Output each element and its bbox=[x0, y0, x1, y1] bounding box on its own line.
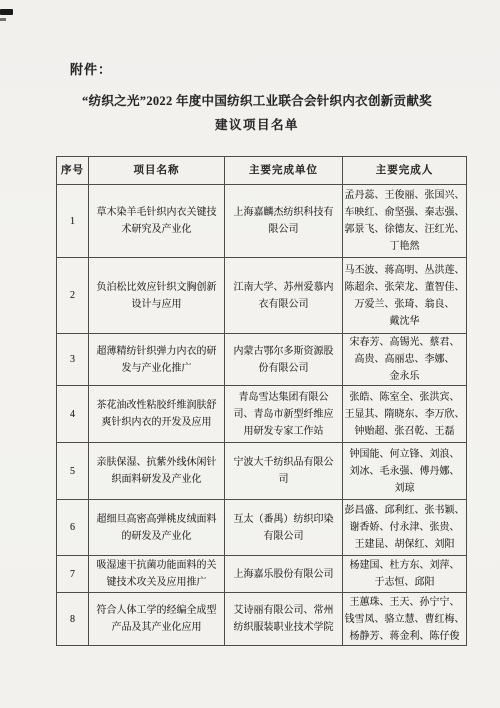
contributor-name: 李万欣、 bbox=[425, 406, 465, 423]
contributors-cell: 孟丹蕊、王俊丽、张国兴、车映红、俞坚强、秦志强、郭景飞、徐德友、汪红光、丁艳然 bbox=[343, 185, 467, 258]
project-name-cell: 亲肤保湿、抗紫外线休闲针织面料研发及产业化 bbox=[89, 443, 225, 500]
document-page: { "doc": { "attachment_label": "附件：", "t… bbox=[0, 0, 500, 708]
contributor-name: 张书颖、 bbox=[425, 502, 465, 519]
contributor-name: 孟丹蕊、 bbox=[345, 187, 385, 204]
contributor-name: 高贵、 bbox=[355, 351, 385, 368]
contributor-name: 蒋高明、 bbox=[385, 262, 425, 279]
contributor-name: 俞坚强、 bbox=[385, 204, 425, 221]
row-number: 6 bbox=[57, 500, 89, 556]
contributor-name: 隋晓东、 bbox=[385, 406, 425, 423]
contributor-name: 杨建国、 bbox=[350, 557, 390, 574]
table-row: 8符合人体工学的经编全成型产品及其产业化应用艾诗丽有限公司、常州纺织服装职业技术… bbox=[57, 593, 467, 646]
contributor-name: 孙宁宁、 bbox=[420, 594, 460, 611]
contributors-cell: 张皓、陈室全、张洪宾、王显其、隋晓东、李万欣、钟贻超、张召乾、王磊 bbox=[343, 386, 467, 443]
project-name-cell: 吸湿速干抗菌功能面料的关键技术攻关及应用推广 bbox=[89, 556, 225, 593]
contributor-name: 王天、 bbox=[390, 594, 420, 611]
project-name-cell: 符合人体工学的经编全成型产品及其产业化应用 bbox=[89, 593, 225, 646]
contributors-cell: 杨建国、杜方东、刘萍、于志恒、邱阳 bbox=[343, 556, 467, 593]
contributor-name: 马丕波、 bbox=[345, 262, 385, 279]
contributor-name: 金永乐 bbox=[390, 368, 420, 385]
col-header-completing-unit: 主要完成单位 bbox=[225, 157, 343, 185]
document-title-line2: 建议项目名单 bbox=[52, 114, 462, 136]
contributor-name: 刘冰、 bbox=[350, 463, 380, 480]
contributor-name: 刘琼 bbox=[395, 480, 415, 497]
project-name-cell: 茶花油改性粘胶纤维润肤舒爽针织内衣的开发及应用 bbox=[89, 386, 225, 443]
contributor-name: 钟国能、 bbox=[350, 446, 390, 463]
col-header-contributors: 主要完成人 bbox=[343, 157, 467, 185]
contributor-name: 戴沈华 bbox=[390, 313, 420, 330]
contributor-name: 王显其、 bbox=[345, 406, 385, 423]
contributor-name: 王蕙珠、 bbox=[350, 594, 390, 611]
contributor-name: 何立锋、 bbox=[390, 446, 430, 463]
project-name-cell: 草木染羊毛针织内衣关键技术研究及产业化 bbox=[89, 185, 225, 258]
contributor-name: 彭昌盛、 bbox=[345, 502, 385, 519]
contributor-name: 刘萍、 bbox=[430, 557, 460, 574]
col-header-serial-no: 序号 bbox=[57, 157, 89, 185]
row-number: 4 bbox=[57, 386, 89, 443]
contributors-cell: 马丕波、蒋高明、丛洪莲、陈超余、张荣龙、董智佳、万爱兰、张琦、翁良、戴沈华 bbox=[343, 258, 467, 334]
contributor-name: 王俊丽、 bbox=[385, 187, 425, 204]
contributor-name: 于志恒、 bbox=[375, 574, 415, 591]
table-row: 1草木染羊毛针织内衣关键技术研究及产业化上海嘉麟杰纺织科技有限公司孟丹蕊、王俊丽… bbox=[57, 185, 467, 258]
contributor-name: 董智佳、 bbox=[425, 279, 465, 296]
contributor-name: 翁良、 bbox=[425, 296, 455, 313]
contributors-cell: 钟国能、何立锋、刘浪、刘冰、毛永强、傅丹娜、刘琼 bbox=[343, 443, 467, 500]
contributor-name: 郭景飞、 bbox=[345, 221, 385, 238]
table-header-row: 序号 项目名称 主要完成单位 主要完成人 bbox=[57, 157, 467, 185]
contributor-name: 高丽忠、 bbox=[385, 351, 425, 368]
contributor-name: 徐德友、 bbox=[385, 221, 425, 238]
contributor-name: 傅丹娜、 bbox=[420, 463, 460, 480]
completing-unit-cell: 互太（番禺）纺织印染有限公司 bbox=[225, 500, 343, 556]
project-name-cell: 超薄精纺针织弹力内衣的研发与产业化推广 bbox=[89, 334, 225, 386]
contributor-name: 张琦、 bbox=[395, 296, 425, 313]
completing-unit-cell: 宁波大千纺织品有限公司 bbox=[225, 443, 343, 500]
completing-unit-cell: 江南大学、苏州爱慕内衣有限公司 bbox=[225, 258, 343, 334]
contributor-name: 张洪宾、 bbox=[420, 389, 460, 406]
completing-unit-cell: 上海嘉乐股份有限公司 bbox=[225, 556, 343, 593]
contributor-name: 丁艳然 bbox=[390, 238, 420, 255]
contributor-name: 张贵、 bbox=[430, 519, 460, 536]
project-name-cell: 超细旦高密高弹桃皮绒面料的研发及产业化 bbox=[89, 500, 225, 556]
row-number: 1 bbox=[57, 185, 89, 258]
table-row: 6超细旦高密高弹桃皮绒面料的研发及产业化互太（番禺）纺织印染有限公司彭昌盛、邱利… bbox=[57, 500, 467, 556]
document-title: “纺织之光”2022 年度中国纺织工业联合会针织内衣创新贡献奖 建议项目名单 bbox=[52, 91, 462, 136]
contributor-name: 秦志强、 bbox=[425, 204, 465, 221]
contributor-name: 付永津、 bbox=[390, 519, 430, 536]
contributors-cell: 彭昌盛、邱利红、张书颖、谢香娇、付永津、张贵、王建昆、胡保红、刘阳 bbox=[343, 500, 467, 556]
contributor-name: 胡保红、 bbox=[395, 536, 435, 553]
table-row: 5亲肤保湿、抗紫外线休闲针织面料研发及产业化宁波大千纺织品有限公司钟国能、何立锋… bbox=[57, 443, 467, 500]
contributor-name: 宋春芳、 bbox=[350, 334, 390, 351]
contributor-name: 张召乾、 bbox=[395, 423, 435, 440]
contributor-name: 邱阳 bbox=[415, 574, 435, 591]
contributor-name: 万爱兰、 bbox=[355, 296, 395, 313]
table-row: 3超薄精纺针织弹力内衣的研发与产业化推广内蒙古鄂尔多斯资源股份有限公司宋春芳、高… bbox=[57, 334, 467, 386]
contributor-name: 毛永强、 bbox=[380, 463, 420, 480]
row-number: 8 bbox=[57, 593, 89, 646]
contributor-name: 钟贻超、 bbox=[355, 423, 395, 440]
row-number: 5 bbox=[57, 443, 89, 500]
contributor-name: 杜方东、 bbox=[390, 557, 430, 574]
contributor-name: 刘阳 bbox=[435, 536, 455, 553]
contributor-name: 钱雪凤、 bbox=[345, 611, 385, 628]
contributor-name: 李娜、 bbox=[425, 351, 455, 368]
table-row: 2负泊松比效应针织文胸创新设计与应用江南大学、苏州爱慕内衣有限公司马丕波、蒋高明… bbox=[57, 258, 467, 334]
scan-artifact-mark-small bbox=[0, 18, 6, 21]
contributor-name: 曹红梅、 bbox=[425, 611, 465, 628]
contributor-name: 杨静芳、 bbox=[350, 628, 390, 645]
document-title-line1: “纺织之光”2022 年度中国纺织工业联合会针织内衣创新贡献奖 bbox=[52, 91, 462, 111]
table-body: 1草木染羊毛针织内衣关键技术研究及产业化上海嘉麟杰纺织科技有限公司孟丹蕊、王俊丽… bbox=[57, 185, 467, 646]
completing-unit-cell: 青岛雪达集团有限公司、青岛市新型纤维应用研发专家工作站 bbox=[225, 386, 343, 443]
row-number: 2 bbox=[57, 258, 89, 334]
scan-artifact-mark bbox=[0, 9, 13, 15]
row-number: 7 bbox=[57, 556, 89, 593]
contributor-name: 邱利红、 bbox=[385, 502, 425, 519]
contributor-name: 张荣龙、 bbox=[385, 279, 425, 296]
completing-unit-cell: 内蒙古鄂尔多斯资源股份有限公司 bbox=[225, 334, 343, 386]
contributor-name: 刘浪、 bbox=[430, 446, 460, 463]
contributor-name: 张皓、 bbox=[350, 389, 380, 406]
award-project-table: 序号 项目名称 主要完成单位 主要完成人 1草木染羊毛针织内衣关键技术研究及产业… bbox=[56, 156, 467, 646]
project-name-cell: 负泊松比效应针织文胸创新设计与应用 bbox=[89, 258, 225, 334]
contributor-name: 陈超余、 bbox=[345, 279, 385, 296]
col-header-project-name: 项目名称 bbox=[89, 157, 225, 185]
contributor-name: 汪红光、 bbox=[425, 221, 465, 238]
contributor-name: 蔡君、 bbox=[430, 334, 460, 351]
attachment-label: 附件： bbox=[70, 59, 500, 78]
contributor-name: 高锡光、 bbox=[390, 334, 430, 351]
completing-unit-cell: 上海嘉麟杰纺织科技有限公司 bbox=[225, 185, 343, 258]
contributor-name: 丛洪莲、 bbox=[425, 262, 465, 279]
contributor-name: 陈室全、 bbox=[380, 389, 420, 406]
table-row: 4茶花油改性粘胶纤维润肤舒爽针织内衣的开发及应用青岛雪达集团有限公司、青岛市新型… bbox=[57, 386, 467, 443]
contributor-name: 张国兴、 bbox=[425, 187, 465, 204]
contributor-name: 蒋金利、 bbox=[390, 628, 430, 645]
contributor-name: 谢香娇、 bbox=[350, 519, 390, 536]
contributors-cell: 王蕙珠、王天、孙宁宁、钱雪凤、骆立慧、曹红梅、杨静芳、蒋金利、陈仔俊 bbox=[343, 593, 467, 646]
row-number: 3 bbox=[57, 334, 89, 386]
contributor-name: 骆立慧、 bbox=[385, 611, 425, 628]
table-row: 7吸湿速干抗菌功能面料的关键技术攻关及应用推广上海嘉乐股份有限公司杨建国、杜方东… bbox=[57, 556, 467, 593]
contributor-name: 车映红、 bbox=[345, 204, 385, 221]
contributor-name: 王磊 bbox=[435, 423, 455, 440]
contributor-name: 王建昆、 bbox=[355, 536, 395, 553]
contributor-name: 陈仔俊 bbox=[430, 628, 460, 645]
completing-unit-cell: 艾诗丽有限公司、常州纺织服装职业技术学院 bbox=[225, 593, 343, 646]
contributors-cell: 宋春芳、高锡光、蔡君、高贵、高丽忠、李娜、金永乐 bbox=[343, 334, 467, 386]
